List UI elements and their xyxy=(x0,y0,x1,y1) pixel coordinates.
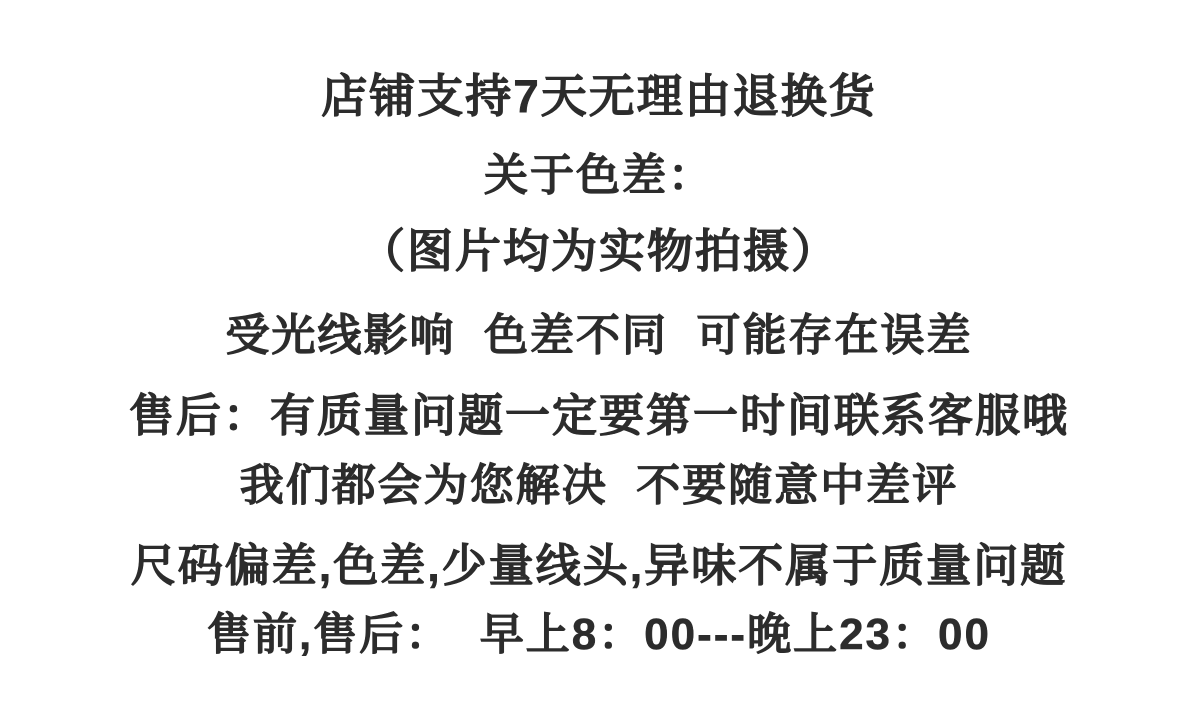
notice-line-service-hours: 售前,售后： 早上8：00---晚上23：00 xyxy=(0,611,1198,659)
notice-line-no-bad-review: 我们都会为您解决 不要随意中差评 xyxy=(0,462,1198,510)
notice-line-not-quality: 尺码偏差,色差,少量线头,异味不属于质量问题 xyxy=(0,541,1198,591)
notice-line-return-policy: 店铺支持7天无理由退换货 xyxy=(0,71,1198,122)
notice-line-color-heading: 关于色差： xyxy=(0,152,1198,200)
notice-line-real-photos: （图片均为实物拍摄） xyxy=(0,226,1198,277)
notice-line-lighting: 受光线影响 色差不同 可能存在误差 xyxy=(0,312,1198,360)
notice-line-aftersales: 售后：有质量问题一定要第一时间联系客服哦 xyxy=(0,391,1198,441)
store-policy-notice: 店铺支持7天无理由退换货 关于色差： （图片均为实物拍摄） 受光线影响 色差不同… xyxy=(0,0,1198,707)
